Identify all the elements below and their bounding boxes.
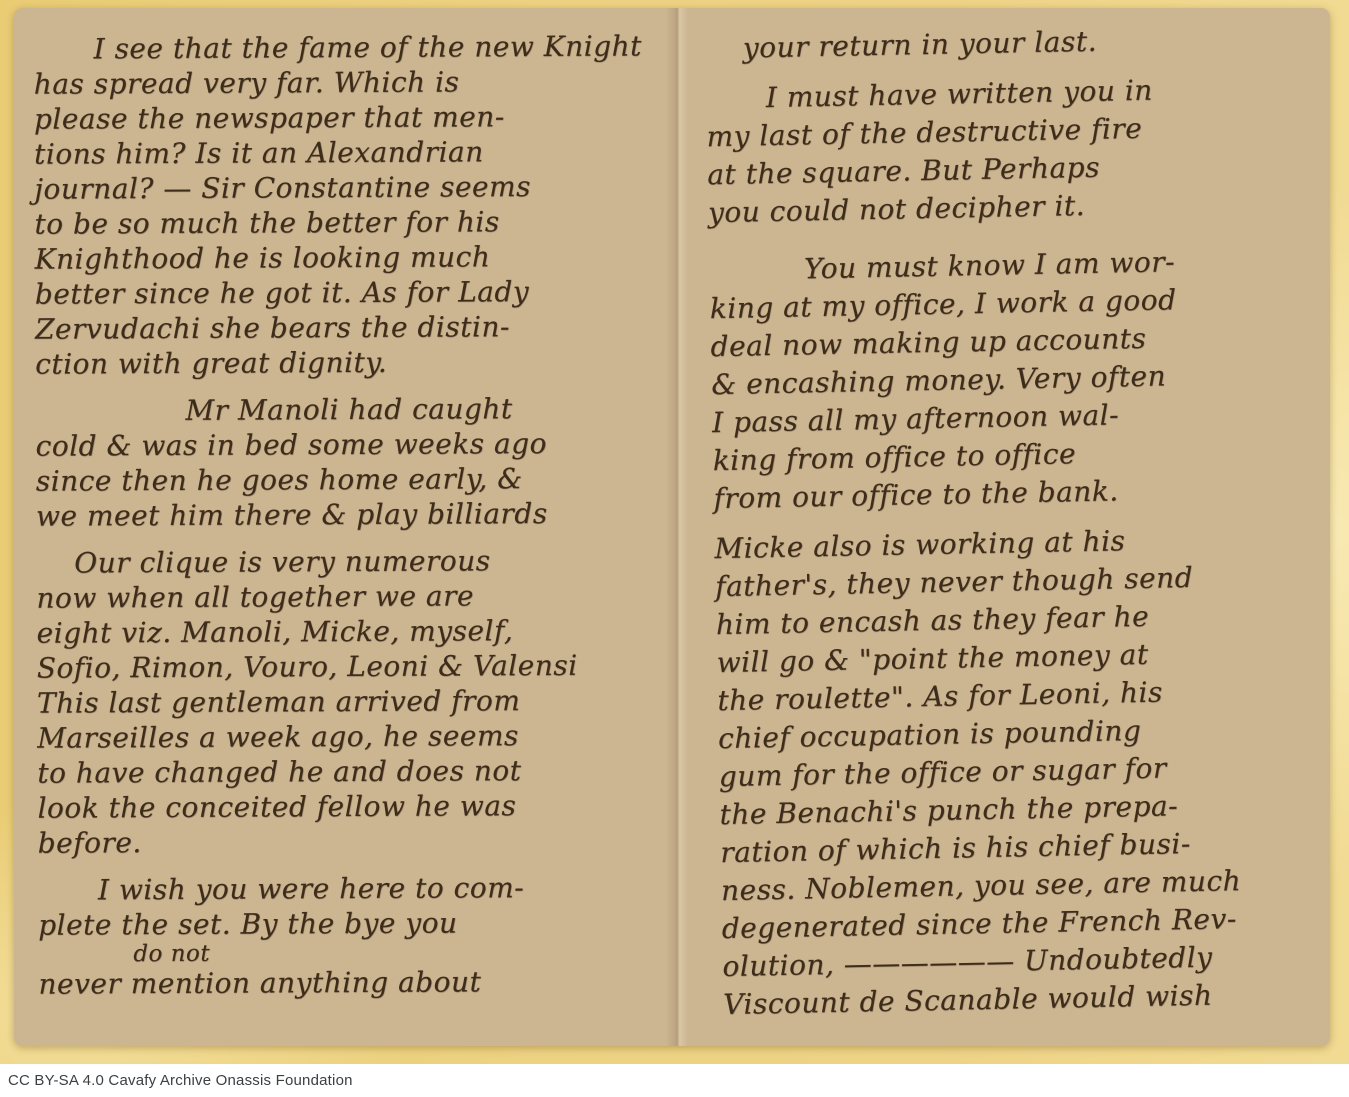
handwritten-line: to have changed he and does not [37,752,677,790]
handwritten-line: has spread very far. Which is [34,63,674,101]
license-attribution-text: CC BY-SA 4.0 Cavafy Archive Onassis Foun… [8,1072,353,1089]
handwritten-line: Sofio, Rimon, Vouro, Leoni & Valensi [37,647,677,685]
handwritten-line: journal? — Sir Constantine seems [34,168,674,206]
handwritten-line: Marseilles a week ago, he seems [37,717,677,755]
handwritten-line: Our clique is very numerous [36,542,676,580]
handwritten-line: now when all together we are [36,577,676,615]
letter-sheet: I see that the fame of the new Knight ha… [14,8,1330,1046]
handwritten-line: Zervudachi she bears the distin- [35,308,675,346]
handwritten-line: eight viz. Manoli, Micke, myself, [37,612,677,650]
letter-page-right: your return in your last. I must have wr… [705,18,1330,1024]
handwritten-line: your return in your last. [705,18,1330,68]
handwritten-line: better since he got it. As for Lady [35,273,675,311]
handwritten-line: ction with great dignity. [35,343,675,381]
handwritten-line: to be so much the better for his [34,203,674,241]
handwritten-line: plete the set. By the bye you [38,904,678,942]
handwritten-line: I wish you were here to com- [38,869,678,907]
handwritten-line: Knighthood he is looking much [35,238,675,276]
handwritten-line: look the conceited fellow he was [37,787,677,825]
handwritten-line: tions him? Is it an Alexandrian [34,133,674,171]
handwritten-line: since then he goes home early, & [36,460,676,498]
handwritten-line: before. [38,822,678,860]
handwritten-line: This last gentleman arrived from [37,682,677,720]
handwritten-line: I see that the fame of the new Knight [33,28,673,66]
scan-background: I see that the fame of the new Knight ha… [0,0,1349,1064]
letter-page-left: I see that the fame of the new Knight ha… [33,28,678,1001]
handwritten-line: we meet him there & play billiards [36,495,676,533]
handwritten-line: cold & was in bed some weeks ago [36,425,676,463]
handwritten-line: never mention anything about [38,963,678,1001]
handwritten-line: please the newspaper that men- [34,98,674,136]
handwritten-line: Mr Manoli had caught [35,390,675,428]
handwritten-line: do not [38,939,678,966]
attribution-bar: CC BY-SA 4.0 Cavafy Archive Onassis Foun… [0,1064,1349,1097]
